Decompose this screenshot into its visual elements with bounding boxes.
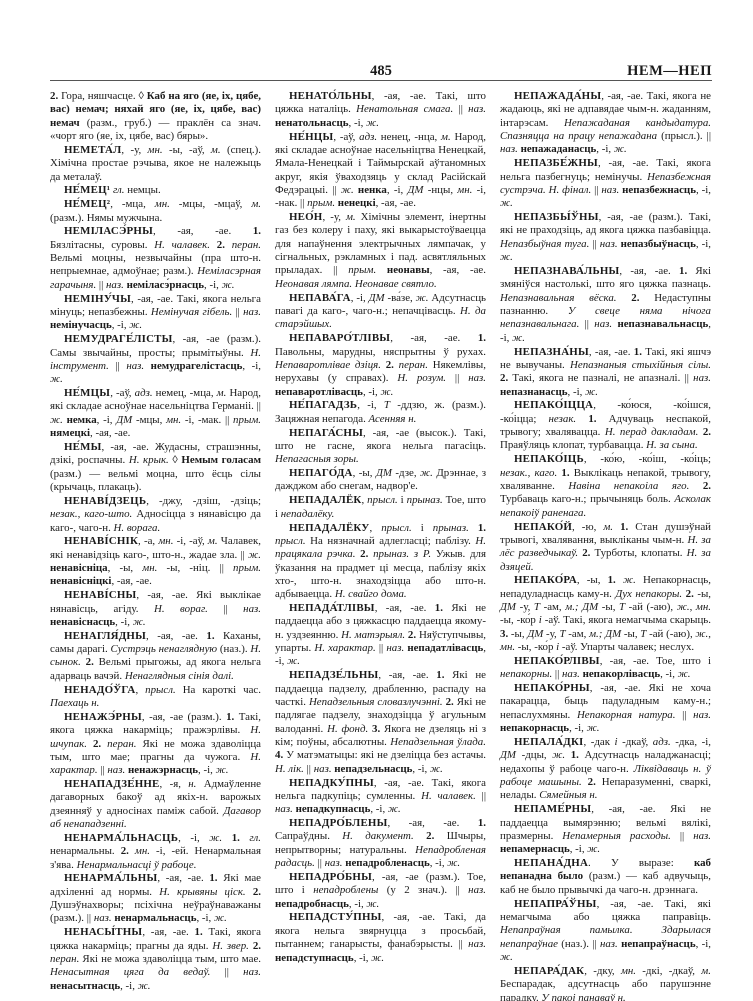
- headword: НЕПАКО́ІЦЦА: [514, 399, 593, 411]
- entry-text: , -ая, -ае.: [388, 817, 478, 829]
- entry-text: , -і,: [696, 938, 711, 950]
- italic-text: прыназ. з Р.: [373, 548, 431, 560]
- entry-text: -ы, -аў,: [163, 144, 211, 156]
- entry-text: , -ая, -ае.: [90, 427, 130, 439]
- entry-text: [469, 522, 478, 534]
- dictionary-entry: НЕМІЛАСЭ́РНЫ, -ая, -ае. 1. Бязлітасны, с…: [50, 225, 261, 292]
- headword: НЕПАКО́Й: [514, 521, 572, 533]
- bold-text: непазбыўнасць: [621, 238, 696, 250]
- entry-text: , -і,: [370, 803, 388, 815]
- headword: НЕНАВІ́ДЗЕЦЬ: [64, 495, 146, 507]
- entry-text: -дзе,: [392, 467, 420, 479]
- entry-text: , -і,: [357, 399, 384, 411]
- entry-text: -ай (-аю),: [625, 601, 677, 613]
- italic-text: Ненатольная смага.: [356, 103, 453, 115]
- bold-text: 2.: [86, 656, 94, 668]
- italic-text: ж.: [585, 386, 598, 398]
- italic-text: наз.: [325, 857, 343, 869]
- entry-text: [616, 574, 623, 586]
- entry-text: , -і,: [178, 832, 209, 844]
- entry-text: ◊: [169, 454, 182, 466]
- italic-text: Непамерныя расходы.: [562, 830, 671, 842]
- headword: НЕНАГЛЯ́ДНЫ: [64, 630, 146, 642]
- bold-text: непапраўнасць: [621, 938, 696, 950]
- italic-text: ж.: [366, 117, 379, 129]
- entry-text: , -ая, -ае.: [157, 872, 209, 884]
- italic-text: ж.: [416, 292, 429, 304]
- italic-text: ж.: [500, 951, 513, 963]
- entry-text: ||: [591, 184, 601, 196]
- entry-text: У матэматыцы: які не дзеліцца без астачы…: [283, 749, 486, 761]
- headword: НЕПАЗБЕ́ЖНЫ: [514, 157, 598, 169]
- italic-text: м.: [346, 211, 356, 223]
- dictionary-entry: НЕПАДСТУ́ПНЫ, -ая, -ае. Такі, да якога н…: [275, 911, 486, 964]
- entry-text: На нязначнай адлегласці; паблізу.: [306, 535, 476, 547]
- entry-text: -ы,: [694, 588, 711, 600]
- entry-text: ,: [708, 628, 711, 640]
- bold-text: ненавісніца: [50, 562, 108, 574]
- entry-text: [225, 239, 232, 251]
- entry-text: , -ая, -ае.: [430, 264, 486, 276]
- italic-text: прым.: [348, 264, 376, 276]
- italic-text: мн.: [500, 641, 515, 653]
- entry-text: ненармальны.: [50, 845, 121, 857]
- italic-text: Сямейныя н.: [539, 789, 597, 801]
- dictionary-entry: НЕПАРА́ДАК, -дку, мн. -дкі, -дкаў, м. Бе…: [500, 965, 711, 1001]
- entry-text: , -ая, -ае.: [153, 225, 253, 237]
- headword: НЕПАПРА́ЎНЫ: [514, 898, 597, 910]
- entry-text: Праяўляць клопат, турбавацца.: [500, 439, 646, 451]
- italic-text: Непакорная натура.: [577, 709, 676, 721]
- bold-text: 1.: [435, 602, 443, 614]
- entry-text: , -і,: [198, 764, 216, 776]
- dictionary-entry: НЕНАРМА́ЛЬНАСЦЬ, -і, ж. 1. гл. ненармаль…: [50, 832, 261, 872]
- dictionary-entry: НЕНАВІ́СНЫ, -ая, -ае. Які выклікае нянав…: [50, 589, 261, 629]
- dictionary-entry: НЕНАПАДЗЕ́ННЕ, -я, н. Адмаўленне дагавор…: [50, 778, 261, 831]
- entry-text: -мцы,: [132, 414, 166, 426]
- italic-text: ж.: [552, 749, 565, 761]
- entry-text: , -і,: [387, 184, 408, 196]
- entry-text: , -ая, -ае.: [376, 197, 416, 209]
- italic-text: мн.: [158, 535, 173, 547]
- italic-text: ж.: [500, 197, 513, 209]
- dictionary-entry: НЕНАРМА́ЛЬНЫ, -ая, -ае. 1. Які мае адхіл…: [50, 872, 261, 925]
- entry-text: , -ая, -ае.: [146, 630, 206, 642]
- entry-text: ||: [109, 360, 126, 372]
- bold-text: 2.: [253, 940, 261, 952]
- dictionary-entry: НЕПАГО́ДА, -ы, ДМ -дзе, ж. Дрэннае, з да…: [275, 467, 486, 494]
- entry-text: -ы,: [621, 628, 640, 640]
- entry-text: ||: [208, 603, 243, 615]
- dictionary-entry: НЕНАТО́ЛЬНЫ, -ая, -ае. Такі, што цяжка н…: [275, 90, 486, 130]
- dictionary-entry: НЕПАГА́СНЫ, -ая, -ае (высок.). Такі, што…: [275, 427, 486, 467]
- entry-text: , -ая, -ае (разм.).: [142, 711, 226, 723]
- entry-text: ||: [96, 279, 106, 291]
- headword: НЕ́МЫ: [64, 441, 102, 453]
- bold-text: 2.: [588, 776, 596, 788]
- entry-text: ||: [579, 318, 594, 330]
- dictionary-entry: НЕПАМЕ́РНЫ, -ая, -ае. Які не паддаецца в…: [500, 803, 711, 856]
- entry-text: , -ая, -ае.: [142, 926, 194, 938]
- italic-text: ж.: [214, 912, 227, 924]
- bold-text: ненажэрнасць: [128, 764, 198, 776]
- entry-text: -ы,: [508, 628, 527, 640]
- italic-text: Ненаглядныя сінія далі.: [125, 670, 234, 682]
- italic-text: ж.: [623, 574, 636, 586]
- entry-text: , -і,: [112, 319, 130, 331]
- entry-text: [376, 264, 387, 276]
- bold-text: ненка: [358, 184, 387, 196]
- italic-text: прым.: [233, 562, 261, 574]
- headword: НЕНАЖЭ́РНЫ: [64, 711, 142, 723]
- dictionary-entry: НЕПАВАРО́ТЛІВЫ, -ая, -ае. 1. Павольны, м…: [275, 332, 486, 399]
- dictionary-columns: 2. Гора, няшчасце. ◊ Каб на яго (яе, іх,…: [50, 90, 712, 1001]
- dictionary-entry: НЕПАДРО́БНЫ, -ая, -ае (разм.). Тое, што …: [275, 871, 486, 911]
- headword: НЕПАРА́ДАК: [514, 965, 584, 977]
- dictionary-entry: НЕПАКО́ІЦЦА, -ко́юся, -ко́ішся, -ко́іцца…: [500, 399, 711, 452]
- bold-text: 2.: [703, 426, 711, 438]
- page-header: 485 НЕМ—НЕП: [50, 0, 712, 79]
- entry-text: ,: [369, 522, 381, 534]
- entry-text: , -ко́ю, -ко́іш, -ко́іць;: [584, 453, 711, 465]
- italic-text: наз.: [693, 372, 711, 384]
- italic-text: ж.: [216, 764, 229, 776]
- entry-text: , -ая, -ае.: [390, 332, 478, 344]
- entry-text: , -мца,: [110, 198, 155, 210]
- italic-text: незак.: [549, 413, 577, 425]
- headword: НЕПАЛА́ДКІ: [514, 736, 583, 748]
- headword: НЕПАЖАДА́НЫ: [514, 90, 601, 102]
- entry-text: -ы,: [598, 601, 619, 613]
- italic-text: прым.: [307, 197, 335, 209]
- entry-text: -дцы,: [516, 749, 552, 761]
- bold-text: ненецкі: [338, 197, 376, 209]
- italic-text: ж.: [388, 803, 401, 815]
- entry-text: -ы, -ко́р: [500, 614, 539, 626]
- bold-text: 1.: [588, 413, 596, 425]
- entry-text: -дкі, -дкаў,: [636, 965, 701, 977]
- italic-text: Сустрэць ненаглядную: [111, 643, 218, 655]
- italic-text: Ненармальнасці ў рабоце.: [77, 859, 197, 871]
- entry-text: ||: [675, 709, 693, 721]
- dictionary-entry: НЕПАЖАДА́НЫ, -ая, -ае. Такі, якога не жа…: [500, 90, 711, 157]
- italic-text: ДМ: [116, 414, 132, 426]
- headword: НЕПАГА́СНЫ: [289, 427, 363, 439]
- italic-text: адз.: [359, 131, 377, 143]
- italic-text: ж.: [341, 184, 354, 196]
- italic-text: наз.: [600, 238, 618, 250]
- italic-text: ДМ: [527, 628, 543, 640]
- italic-text: наз.: [500, 143, 518, 155]
- dictionary-entry: НЕНАСЫ́ТНЫ, -ая, -ае. 1. Такі, якога цяж…: [50, 926, 261, 993]
- dictionary-entry: НЕНАДО́ЎГА, прысл. На кароткі час. Паеха…: [50, 684, 261, 711]
- entry-text: , -ы,: [577, 574, 608, 586]
- entry-text: -дкаў,: [618, 736, 653, 748]
- entry-text: , -джу, -дзіш, -дзіць;: [146, 495, 261, 507]
- headword: НЕПАЗНАВА́ЛЬНЫ: [514, 265, 619, 277]
- entry-text: і: [398, 494, 407, 506]
- bold-text: непакорнасць: [500, 722, 569, 734]
- entry-text: , -і,: [568, 386, 586, 398]
- entry-text: , -і,: [349, 117, 367, 129]
- bold-text: немінучасць: [50, 319, 112, 331]
- bold-text: непазнанасць: [500, 386, 568, 398]
- entry-text: -ы, -ко́р: [515, 641, 556, 653]
- column-left: 2. Гора, няшчасце. ◊ Каб на яго (яе, іх,…: [50, 90, 261, 1001]
- italic-text: ДМ: [500, 749, 516, 761]
- italic-text: Н. лік.: [275, 763, 304, 775]
- headword: НЕПАКО́РЛІВЫ: [514, 655, 600, 667]
- italic-text: наз.: [693, 830, 711, 842]
- entry-text: , -ая, -ае.: [589, 346, 634, 358]
- italic-text: ж.: [129, 319, 142, 331]
- headword: НЕМІЛАСЭ́РНЫ: [64, 225, 153, 237]
- italic-text: ж.: [420, 467, 433, 479]
- entry-text: , -і,: [115, 616, 133, 628]
- headword: НЕПАДСТУ́ПНЫ: [289, 911, 382, 923]
- dictionary-entry: НЕПАДКУ́ПНЫ, -ая, -ае. Такі, якога нельг…: [275, 777, 486, 817]
- italic-text: гл.: [249, 832, 261, 844]
- entry-text: , -у,: [121, 144, 147, 156]
- italic-text: Н. чалавек.: [154, 239, 210, 251]
- headword: НЕ́ПАГАДЗЬ: [289, 399, 357, 411]
- italic-text: прысл.: [367, 494, 398, 506]
- bold-text: 1.: [478, 332, 486, 344]
- bold-text: 2.: [408, 629, 416, 641]
- italic-text: ж.: [380, 386, 393, 398]
- dictionary-entry: НЕ́МЕЦ¹ гл. немцы.: [50, 184, 261, 197]
- italic-text: Н. розум.: [397, 372, 446, 384]
- italic-text: мн.: [135, 845, 150, 857]
- entry-text: ненец, -нца,: [377, 131, 441, 143]
- entry-text: Турбаваць каго-н.; прычыняць боль.: [500, 493, 674, 505]
- italic-text: м.: [441, 131, 451, 143]
- bold-text: 2.: [446, 696, 454, 708]
- entry-text: Павольны, марудны, няспрытны ў рухах.: [275, 346, 486, 358]
- bold-text: ненавісніцкі: [50, 575, 111, 587]
- bold-text: 1.: [195, 926, 203, 938]
- headword: НЕПАВА́ГА: [289, 292, 351, 304]
- entry-text: -нцы,: [423, 184, 457, 196]
- dictionary-entry: НЕПАНА́ДНА. У выразе: каб непанадна было…: [500, 857, 711, 897]
- entry-text: (прысл.). ||: [657, 130, 711, 142]
- entry-text: ||: [446, 372, 468, 384]
- entry-text: , -аў,: [333, 131, 359, 143]
- bold-text: 1.: [561, 467, 569, 479]
- entry-text: , -і,: [696, 184, 711, 196]
- entry-text: ,: [135, 684, 145, 696]
- dictionary-entry: НЕ́НЦЫ, -аў, адз. ненец, -нца, м. Народ,…: [275, 131, 486, 211]
- italic-text: ж.: [222, 279, 235, 291]
- entry-text: , -і,: [97, 414, 117, 426]
- italic-text: незак., каго-што.: [50, 508, 132, 520]
- entry-text: , -і,: [363, 386, 381, 398]
- italic-text: прым.: [233, 414, 261, 426]
- entry-text: -ам,: [540, 601, 565, 613]
- entry-text: -аў. Упарты чалавек; неслух.: [559, 641, 694, 653]
- headword: НЕ́НЦЫ: [289, 131, 333, 143]
- headword: НЕПАНА́ДНА: [514, 857, 588, 869]
- entry-text: (наз.). ||: [558, 938, 600, 950]
- entry-text: , -ая, -ае. Тое, што і: [600, 655, 711, 667]
- entry-text: , -ю,: [572, 521, 603, 533]
- italic-text: Паехаць н.: [50, 697, 99, 709]
- headword: НЕПАВАРО́ТЛІВЫ: [289, 332, 390, 344]
- entry-text: , -у,: [322, 211, 345, 223]
- italic-text: мн.: [166, 414, 181, 426]
- italic-text: ж.: [248, 549, 261, 561]
- italic-text: Н. матэрыял.: [341, 629, 405, 641]
- italic-text: Непагасныя зоры.: [275, 453, 359, 465]
- entry-text: -мцы, -мцаў,: [170, 198, 252, 210]
- dictionary-entry: НЕПАДАЛЁКУ, прысл. і прыназ. 1. прысл. Н…: [275, 522, 486, 602]
- headword: НЕПАДРО́БНЫ: [289, 871, 372, 883]
- italic-text: ж.: [430, 763, 443, 775]
- entry-text: -дка, -і,: [671, 736, 711, 748]
- italic-text: наз.: [468, 103, 486, 115]
- italic-text: гл.: [110, 184, 124, 196]
- entry-text: Такі, якога не пазналі, не апазналі. ||: [508, 372, 693, 384]
- italic-text: Непаваротлівае дзіця.: [275, 359, 381, 371]
- italic-text: ж.: [287, 655, 300, 667]
- entry-text: , -ы,: [108, 562, 143, 574]
- italic-text: Н. звер.: [212, 940, 249, 952]
- italic-text: ж.: [209, 832, 222, 844]
- italic-text: Непазнаныя стыхійныя сілы.: [570, 359, 711, 371]
- headword: НЕ́МЕЦ²: [64, 198, 110, 210]
- italic-text: м.: [208, 535, 218, 547]
- headword: НЕПАГО́ДА: [289, 467, 353, 479]
- bold-text: 1.: [478, 522, 486, 534]
- italic-text: м.: [251, 198, 261, 210]
- headword: НЕНАДО́ЎГА: [64, 684, 135, 696]
- bold-text: непадробленасць: [345, 857, 430, 869]
- headword: НЕМЕТА́Л: [64, 144, 121, 156]
- italic-text: ДМ: [500, 601, 516, 613]
- italic-text: Ненасытная цяга да ведаў.: [50, 966, 210, 978]
- italic-text: непадроблены: [313, 884, 378, 896]
- entry-text: , -і,: [596, 143, 614, 155]
- bold-text: 4.: [275, 749, 283, 761]
- dictionary-entry: НЕПАДАЛЁК, прысл. і прыназ. Тое, што і н…: [275, 494, 486, 521]
- bold-text: непадкупнасць: [296, 803, 371, 815]
- entry-text: (у 2 знач.). ||: [378, 884, 468, 896]
- italic-text: Н. характар.: [314, 642, 375, 654]
- dictionary-entry: НЕПАЗБЕ́ЖНЫ, -ая, -ае. Такі, якога нельг…: [500, 157, 711, 210]
- entry-text: , -і,: [196, 912, 214, 924]
- headword: НЕПАМЕ́РНЫ: [514, 803, 591, 815]
- entry-text: , -і,: [349, 898, 367, 910]
- headword: НЕПАДА́ТЛІВЫ: [289, 602, 375, 614]
- dictionary-entry: НЕПАДРО́БЛЕНЫ, -ая, -ае. 1. Сапраўдны. Н…: [275, 817, 486, 870]
- headword: НЕПАДКУ́ПНЫ: [289, 777, 374, 789]
- headword: НЕПАЗНА́НЫ: [514, 346, 589, 358]
- italic-text: наз.: [106, 279, 124, 291]
- entry-text: , -ая, -ае.: [378, 669, 436, 681]
- page-number: 485: [50, 63, 712, 80]
- italic-text: наз.: [562, 668, 580, 680]
- dictionary-entry: НЕПАПРА́ЎНЫ, -ая, -ае. Такі, які немагчы…: [500, 898, 711, 965]
- dictionary-entry: НЕНАВІ́ДЗЕЦЬ, -джу, -дзіш, -дзіць; незак…: [50, 495, 261, 535]
- entry-text: , -і,: [696, 238, 711, 250]
- entry-text: Бязлітасны, суровы.: [50, 239, 154, 251]
- dictionary-entry: НЕПАКО́РЛІВЫ, -ая, -ае. Тое, што і непак…: [500, 655, 711, 682]
- italic-text: ж.: [587, 722, 600, 734]
- entry-text: [246, 886, 253, 898]
- bold-text: 2.: [217, 239, 225, 251]
- headword: НЕНАВІ́СНІК: [64, 535, 138, 547]
- italic-text: прысл.: [275, 535, 306, 547]
- entry-text: -аў. Такі, якога немагчыма скарыць.: [542, 614, 711, 626]
- italic-text: ж.: [587, 843, 600, 855]
- entry-text: , -а,: [138, 535, 158, 547]
- entry-text: немцы.: [125, 184, 161, 196]
- italic-text: Навіна непакоіла яго.: [568, 480, 689, 492]
- dictionary-entry: НЕ́ПАГАДЗЬ, -і, Т -ддзю, ж. (разм.). Зац…: [275, 399, 486, 426]
- italic-text: наз.: [601, 184, 619, 196]
- entry-text: , -і,: [242, 360, 261, 372]
- bold-text: 2.: [500, 372, 508, 384]
- headword: НЕ́МЕЦ¹: [64, 184, 110, 196]
- italic-text: ж.: [366, 898, 379, 910]
- italic-text: перан.: [232, 239, 261, 251]
- bold-text: непамернасць: [500, 843, 570, 855]
- italic-text: наз.: [94, 912, 112, 924]
- entry-text: -і, -аў,: [173, 535, 207, 547]
- headword: НЕО́Н: [289, 211, 322, 223]
- bold-text: нямецкі: [50, 427, 90, 439]
- italic-text: Непадзельныя словазлучэнні.: [309, 696, 443, 708]
- italic-text: ж.: [371, 952, 384, 964]
- dictionary-entry: НЕПАДЗЕ́ЛЬНЫ, -ая, -ае. 1. Які не паддае…: [275, 669, 486, 776]
- italic-text: наз.: [126, 360, 144, 372]
- bold-text: неонавы: [387, 264, 430, 276]
- italic-text: наз.: [243, 966, 261, 978]
- entry-text: , -і,: [430, 857, 448, 869]
- italic-text: Асенняя н.: [369, 413, 417, 425]
- bold-text: 1.: [634, 346, 642, 358]
- entry-text: , -дку,: [584, 965, 621, 977]
- column-right: НЕПАЖАДА́НЫ, -ая, -ае. Такі, якога не жа…: [500, 90, 711, 1001]
- italic-text: адз.: [653, 736, 671, 748]
- bold-text: 2.: [50, 90, 61, 102]
- italic-text: мн.: [457, 184, 472, 196]
- dictionary-entry: НЕ́МЫ, -ая, -ае. Жудасны, страшэнны, дзі…: [50, 441, 261, 494]
- dictionary-entry: НЕМІНУ́ЧЫ, -ая, -ае. Такі, якога нельга …: [50, 293, 261, 333]
- italic-text: Н. вораг.: [154, 603, 208, 615]
- entry-text: (разм.). Нямы мужчына.: [50, 212, 162, 224]
- italic-text: мн.: [148, 144, 163, 156]
- entry-text: , -і,: [120, 980, 138, 992]
- bold-text: Немым голасам: [181, 454, 261, 466]
- italic-text: наз.: [468, 372, 486, 384]
- bold-text: 1.: [608, 574, 616, 586]
- italic-text: прыназ.: [433, 522, 469, 534]
- entry-text: Гора, няшчасце. ◊: [61, 90, 147, 102]
- header-rule: [50, 80, 712, 81]
- entry-text: ||: [589, 238, 599, 250]
- bold-text: 1.: [679, 265, 687, 277]
- dictionary-entry: 2. Гора, няшчасце. ◊ Каб на яго (яе, іх,…: [50, 90, 261, 143]
- bold-text: 3.: [372, 723, 380, 735]
- bold-text: 2.: [253, 886, 261, 898]
- italic-text: мн.: [621, 965, 636, 977]
- italic-text: мн.: [142, 562, 157, 574]
- entry-text: ||: [453, 103, 468, 115]
- italic-text: ж.: [678, 668, 691, 680]
- headword: НЕПАКО́РА: [514, 574, 577, 586]
- bold-text: 1.: [209, 872, 217, 884]
